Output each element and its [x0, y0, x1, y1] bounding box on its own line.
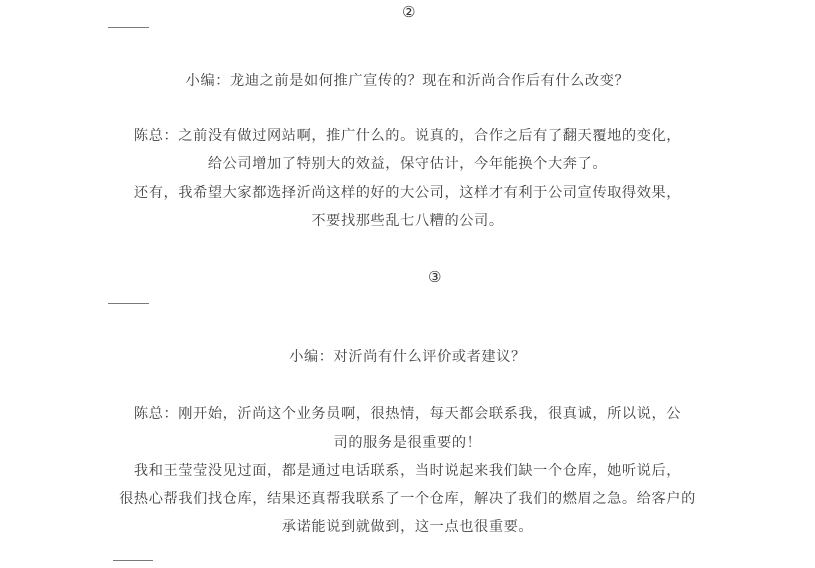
question-text: 小编：龙迪之前是如何推广宣传的？现在和沂尚合作后有什么改变？	[0, 70, 815, 90]
answer-line: 陈总：之前没有做过网站啊，推广什么的。说真的，合作之后有了翻天覆地的变化，	[0, 125, 815, 145]
answer-line: 还有，我希望大家都选择沂尚这样的好的大公司，这样才有利于公司宣传取得效果，	[0, 182, 815, 202]
answer-line: 我和王莹莹没见过面，都是通过电话联系，当时说起来我们缺一个仓库，她听说后，	[0, 460, 815, 480]
divider-line	[108, 303, 149, 304]
answer-line: 承诺能说到就做到，这一点也很重要。	[0, 516, 815, 536]
answer-line: 给公司增加了特别大的效益，保守估计，今年能换个大奔了。	[0, 153, 815, 173]
answer-line: 不要找那些乱七八糟的公司。	[0, 210, 815, 230]
section-marker-2: ②	[402, 3, 415, 21]
question-text: 小编：对沂尚有什么评价或者建议？	[0, 346, 815, 366]
answer-line: 陈总：刚开始，沂尚这个业务员啊，很热情，每天都会联系我，很真诚，所以说，公	[0, 403, 815, 423]
divider-line	[108, 27, 149, 28]
section-marker-3: ③	[428, 268, 441, 286]
answer-line: 很热心帮我们找仓库，结果还真帮我联系了一个仓库，解决了我们的燃眉之急。给客户的	[0, 488, 815, 508]
divider-line	[113, 560, 153, 561]
answer-line: 司的服务是很重要的！	[0, 432, 815, 452]
